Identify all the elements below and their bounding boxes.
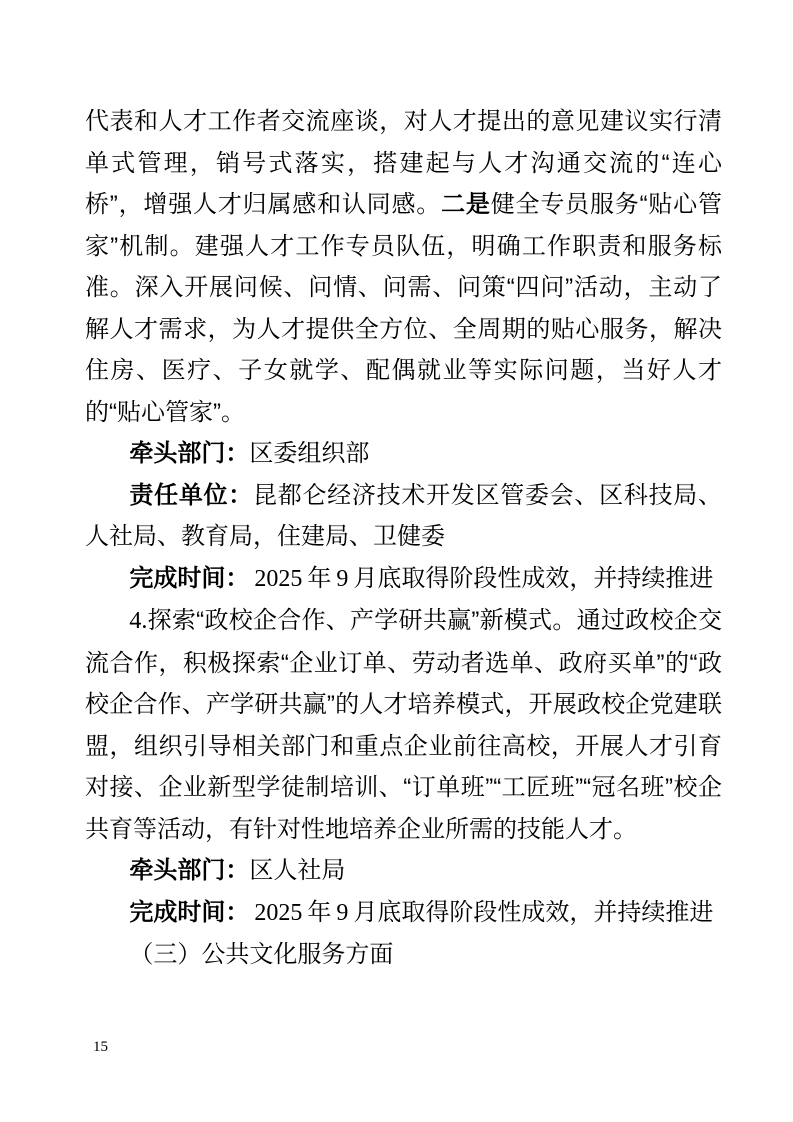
text-run: 探索“政校企合作、产学研共赢”新模式。通过政校企交流合作，积极探索“企业订单、劳… bbox=[85, 607, 722, 843]
numeral-run: 2025 bbox=[254, 566, 302, 592]
para-lead-department-1: 牵头部门：区委组织部 bbox=[85, 433, 722, 475]
text-run: （三）公共文化服务方面 bbox=[129, 941, 393, 968]
document-body: 代表和人才工作者交流座谈，对人才提出的意见建议实行清单式管理，销号式落实，搭建起… bbox=[85, 101, 722, 976]
text-run: 年 bbox=[307, 899, 331, 926]
para-lead-department-2: 牵头部门：区人社局 bbox=[85, 850, 722, 892]
label-run: 牵头部门： bbox=[129, 857, 249, 884]
para-talent-service-continuation: 代表和人才工作者交流座谈，对人才提出的意见建议实行清单式管理，销号式落实，搭建起… bbox=[85, 101, 722, 433]
para-item-4-school-enterprise: 4.探索“政校企合作、产学研共赢”新模式。通过政校企交流合作，积极探索“企业订单… bbox=[85, 600, 722, 850]
text-run: 年 bbox=[307, 565, 331, 592]
text-run: 区委组织部 bbox=[249, 440, 369, 467]
numeral-run: 9 bbox=[336, 900, 348, 926]
document-page: 代表和人才工作者交流座谈，对人才提出的意见建议实行清单式管理，销号式落实，搭建起… bbox=[0, 0, 793, 1122]
numeral-run: 9 bbox=[336, 566, 348, 592]
text-run: 月底取得阶段性成效，并持续推进 bbox=[353, 565, 713, 592]
numeral-run: 4. bbox=[129, 608, 147, 634]
para-responsible-units-1: 责任单位：昆都仑经济技术开发区管委会、区科技局、人社局、教育局，住建局、卫健委 bbox=[85, 475, 722, 558]
section-heading-3-public-culture: （三）公共文化服务方面 bbox=[85, 934, 722, 976]
para-completion-time-2: 完成时间：2025年9月底取得阶段性成效，并持续推进 bbox=[85, 892, 722, 935]
para-completion-time-1: 完成时间：2025年9月底取得阶段性成效，并持续推进 bbox=[85, 558, 722, 601]
numeral-run: 2025 bbox=[254, 900, 302, 926]
page-number: 15 bbox=[93, 1038, 108, 1056]
label-run: 牵头部门： bbox=[129, 440, 249, 467]
label-run: 完成时间： bbox=[129, 899, 249, 926]
text-run: 区人社局 bbox=[249, 857, 345, 884]
label-run: 完成时间： bbox=[129, 565, 249, 592]
text-run: 健全专员服务“贴心管家”机制。建强人才工作专员队伍，明确工作职责和服务标准。深入… bbox=[85, 191, 722, 426]
label-run: 责任单位： bbox=[129, 482, 253, 509]
text-run: 月底取得阶段性成效，并持续推进 bbox=[353, 899, 713, 926]
label-run: 二是 bbox=[441, 191, 491, 218]
